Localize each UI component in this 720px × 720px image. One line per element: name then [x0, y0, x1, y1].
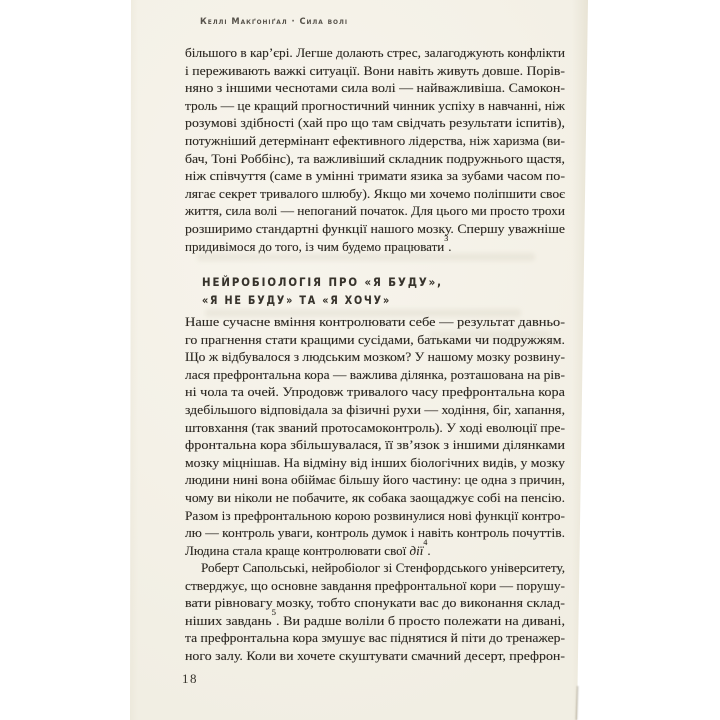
text-line: лягає секрет тривалого шлюбу). Якщо ми х… [185, 185, 565, 203]
text-line: здебільшого відповідала за фізичні рухи … [185, 401, 565, 419]
text-line: лася префронтальна кора — важлива ділянк… [185, 366, 565, 384]
text-line: ніж співчуття (саме в умінні тримати язи… [185, 167, 565, 185]
text-line: ніших завдань5. Ви радше воліли б просто… [185, 612, 565, 630]
section-heading-line-1: НЕЙРОБІОЛОГІЯ ПРО «Я БУДУ», [202, 276, 474, 289]
text-line: го прагнення стати кращими сусідами, бат… [185, 331, 565, 349]
text-line: троль — це кращий прогностичний чинник у… [185, 97, 565, 115]
text-line: більшого в кар’єрі. Легше долають стрес,… [185, 44, 565, 62]
text-line: лю — контроль уваги, контроль думок і на… [185, 524, 565, 542]
text-line: людини нині вона обіймає більшу його час… [185, 471, 565, 489]
text-line: потужніший детермінант ефективного лідер… [185, 132, 565, 150]
section-heading-text-2: «Я НЕ БУДУ» ТА «Я ХОЧУ» [202, 294, 391, 307]
text-line: ного залу. Коли ви хочете скуштувати сма… [185, 647, 565, 665]
text-line: стверджує, що основне завдання префронта… [185, 577, 565, 595]
text-line: і переживають важкі ситуації. Вони навіт… [185, 62, 565, 80]
book-scan: Келлі Макґоніґал · Сила волі більшого в … [0, 0, 720, 720]
text-line: ні чола та очей. Упродовж тривалого часу… [185, 383, 565, 401]
paragraph-neurobiology: Наше сучасне вміння контролювати себе — … [185, 313, 565, 559]
text-line: та префронтальна кора змушує вас підняти… [185, 629, 565, 647]
text-line: життя, сила волі — непоганий початок. Дл… [185, 202, 565, 220]
text-line: Наше сучасне вміння контролювати себе — … [185, 313, 565, 331]
text-line: розумові здібності (хай про що там свідч… [185, 114, 565, 132]
section-heading-line-2: «Я НЕ БУДУ» ТА «Я ХОЧУ» [202, 294, 428, 307]
text-line: Людина стала краще контролювати свої дії… [185, 542, 565, 560]
text-block: Келлі Макґоніґал · Сила волі більшого в … [185, 0, 565, 720]
text-line: Разом із префронтальною корою розвинулис… [185, 507, 565, 525]
text-line: штовхання (так званий протосамоконтроль)… [185, 419, 565, 437]
section-heading-text-1: НЕЙРОБІОЛОГІЯ ПРО «Я БУДУ», [202, 276, 443, 289]
text-line: бач, Тоні Роббінс), та важливіший складн… [185, 150, 565, 168]
page-edge-crease [575, 686, 578, 720]
text-line: Роберт Сапольські, нейробіолог зі Стенфо… [185, 559, 565, 577]
text-line: мозку міцнішав. На відміну від інших біо… [185, 454, 565, 472]
text-line: вати рівновагу мозку, тобто спонукати ва… [185, 594, 565, 612]
text-line: розширимо стандартні функції нашого мозк… [185, 220, 565, 238]
paragraph-sapolsky: Роберт Сапольські, нейробіолог зі Стенфо… [185, 559, 565, 665]
text-line: няно з іншими чеснотами сила волі — найв… [185, 79, 565, 97]
running-head: Келлі Макґоніґал · Сила волі [200, 16, 352, 29]
page-number: 18 [182, 671, 198, 687]
text-line: чому ви ніколи не побачите, як собака за… [185, 489, 565, 507]
text-line: придивімося до того, із чим будемо працю… [185, 238, 565, 256]
text-line: фронтальна кора збільшувалася, її зв’язо… [185, 436, 565, 454]
running-head-text: Келлі Макґоніґал · Сила волі [200, 16, 348, 29]
text-line: Що ж відбувалося з людським мозком? У на… [185, 348, 565, 366]
paragraph-continuation: більшого в кар’єрі. Легше долають стрес,… [185, 44, 565, 255]
